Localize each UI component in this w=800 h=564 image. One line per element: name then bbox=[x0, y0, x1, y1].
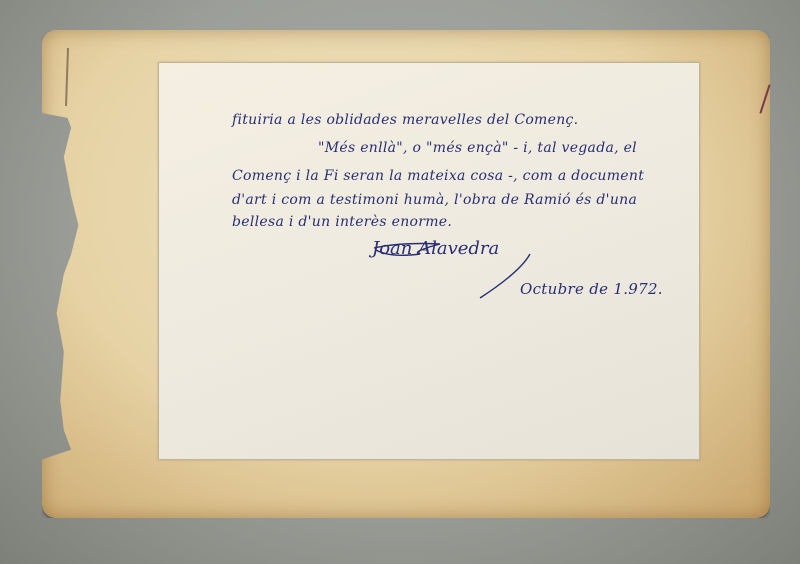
letter-line-3: Començ i la Fi seran la mateixa cosa -, … bbox=[232, 168, 644, 184]
letter-line-5: bellesa i d'un interès enorme. bbox=[232, 214, 452, 230]
signature: Joan Alavedra bbox=[372, 238, 499, 259]
letter-line-1: fituiria a les oblidades meravelles del … bbox=[232, 112, 578, 128]
letter-line-2: "Més enllà", o "més ençà" - i, tal vegad… bbox=[318, 140, 637, 156]
letter-date: Octubre de 1.972. bbox=[520, 280, 663, 298]
letter-line-4: d'art i com a testimoni humà, l'obra de … bbox=[232, 192, 637, 208]
